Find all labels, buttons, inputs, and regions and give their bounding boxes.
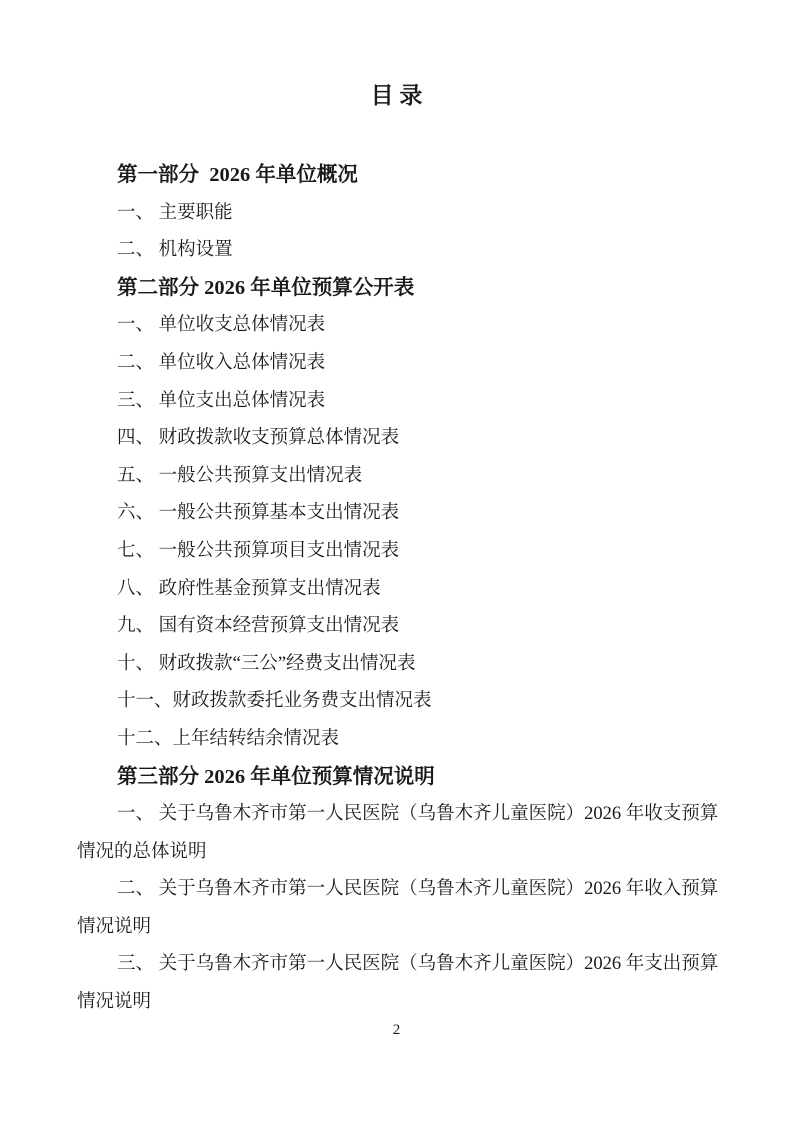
toc-item: 八、 政府性基金预算支出情况表 [77, 571, 733, 609]
toc-item: 二、 机构设置 [77, 232, 733, 270]
toc-item: 六、 一般公共预算基本支出情况表 [77, 495, 733, 533]
toc-item: 三、 关于乌鲁木齐市第一人民医院（乌鲁木齐儿童医院）2026 年支出预算情况说明 [77, 946, 733, 1021]
toc-section-2-heading: 第二部分 2026 年单位预算公开表 [77, 270, 733, 308]
toc-item: 二、 关于乌鲁木齐市第一人民医院（乌鲁木齐儿童医院）2026 年收入预算情况说明 [77, 871, 733, 946]
toc-section-3-heading: 第三部分 2026 年单位预算情况说明 [77, 759, 733, 797]
table-of-contents: 第一部分 2026 年单位概况 一、 主要职能 二、 机构设置 第二部分 202… [77, 157, 733, 1022]
toc-item: 一、 单位收支总体情况表 [77, 307, 733, 345]
toc-item: 二、 单位收入总体情况表 [77, 345, 733, 383]
toc-item: 一、 主要职能 [77, 195, 733, 233]
toc-item: 九、 国有资本经营预算支出情况表 [77, 608, 733, 646]
toc-item: 七、 一般公共预算项目支出情况表 [77, 533, 733, 571]
toc-item: 一、 关于乌鲁木齐市第一人民医院（乌鲁木齐儿童医院）2026 年收支预算情况的总… [77, 796, 733, 871]
toc-item: 十一、财政拨款委托业务费支出情况表 [77, 683, 733, 721]
toc-item: 四、 财政拨款收支预算总体情况表 [77, 420, 733, 458]
toc-item: 五、 一般公共预算支出情况表 [77, 458, 733, 496]
toc-item: 十二、上年结转结余情况表 [77, 721, 733, 759]
page-number: 2 [0, 1020, 793, 1040]
page-title: 目 录 [0, 78, 793, 114]
toc-item: 十、 财政拨款“三公”经费支出情况表 [77, 646, 733, 684]
document-page: 目 录 第一部分 2026 年单位概况 一、 主要职能 二、 机构设置 第二部分… [0, 0, 793, 1122]
toc-item: 三、 单位支出总体情况表 [77, 383, 733, 421]
toc-section-1-heading: 第一部分 2026 年单位概况 [77, 157, 733, 195]
